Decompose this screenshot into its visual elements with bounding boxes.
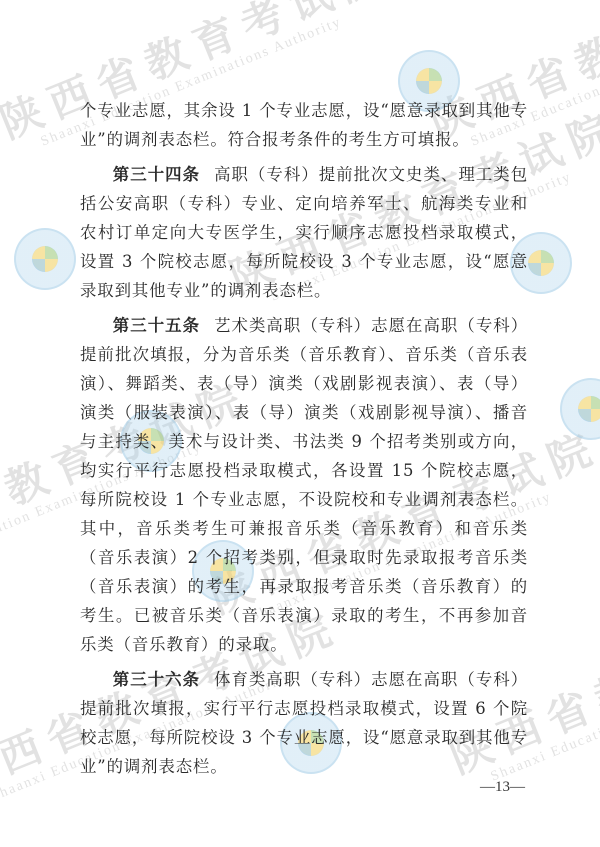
document-body: 个专业志愿，其余设 1 个专业志愿，设“愿意录取到其他专业”的调剂表态栏。符合报…: [80, 96, 528, 781]
article-label: 第三十六条: [113, 670, 200, 689]
paragraph: 个专业志愿，其余设 1 个专业志愿，设“愿意录取到其他专业”的调剂表态栏。符合报…: [80, 96, 528, 154]
page-number: —13—: [480, 779, 525, 796]
article-label: 第三十四条: [113, 165, 200, 184]
article-35: 第三十五条艺术类高职（专科）志愿在高职（专科）提前批次填报，分为音乐类（音乐教育…: [80, 311, 528, 659]
shaanxi-exam-authority-logo-icon: [14, 228, 76, 290]
shaanxi-exam-authority-logo-icon: [560, 378, 600, 440]
document-page: 陕西省教育考试院 Shaanxi Education Examinations …: [0, 0, 600, 847]
article-36: 第三十六条体育类高职（专科）志愿在高职（专科）提前批次填报，实行平行志愿投档录取…: [80, 665, 528, 781]
article-34: 第三十四条高职（专科）提前批次文史类、理工类包括公安高职（专科）专业、定向培养军…: [80, 160, 528, 305]
article-label: 第三十五条: [113, 316, 200, 335]
